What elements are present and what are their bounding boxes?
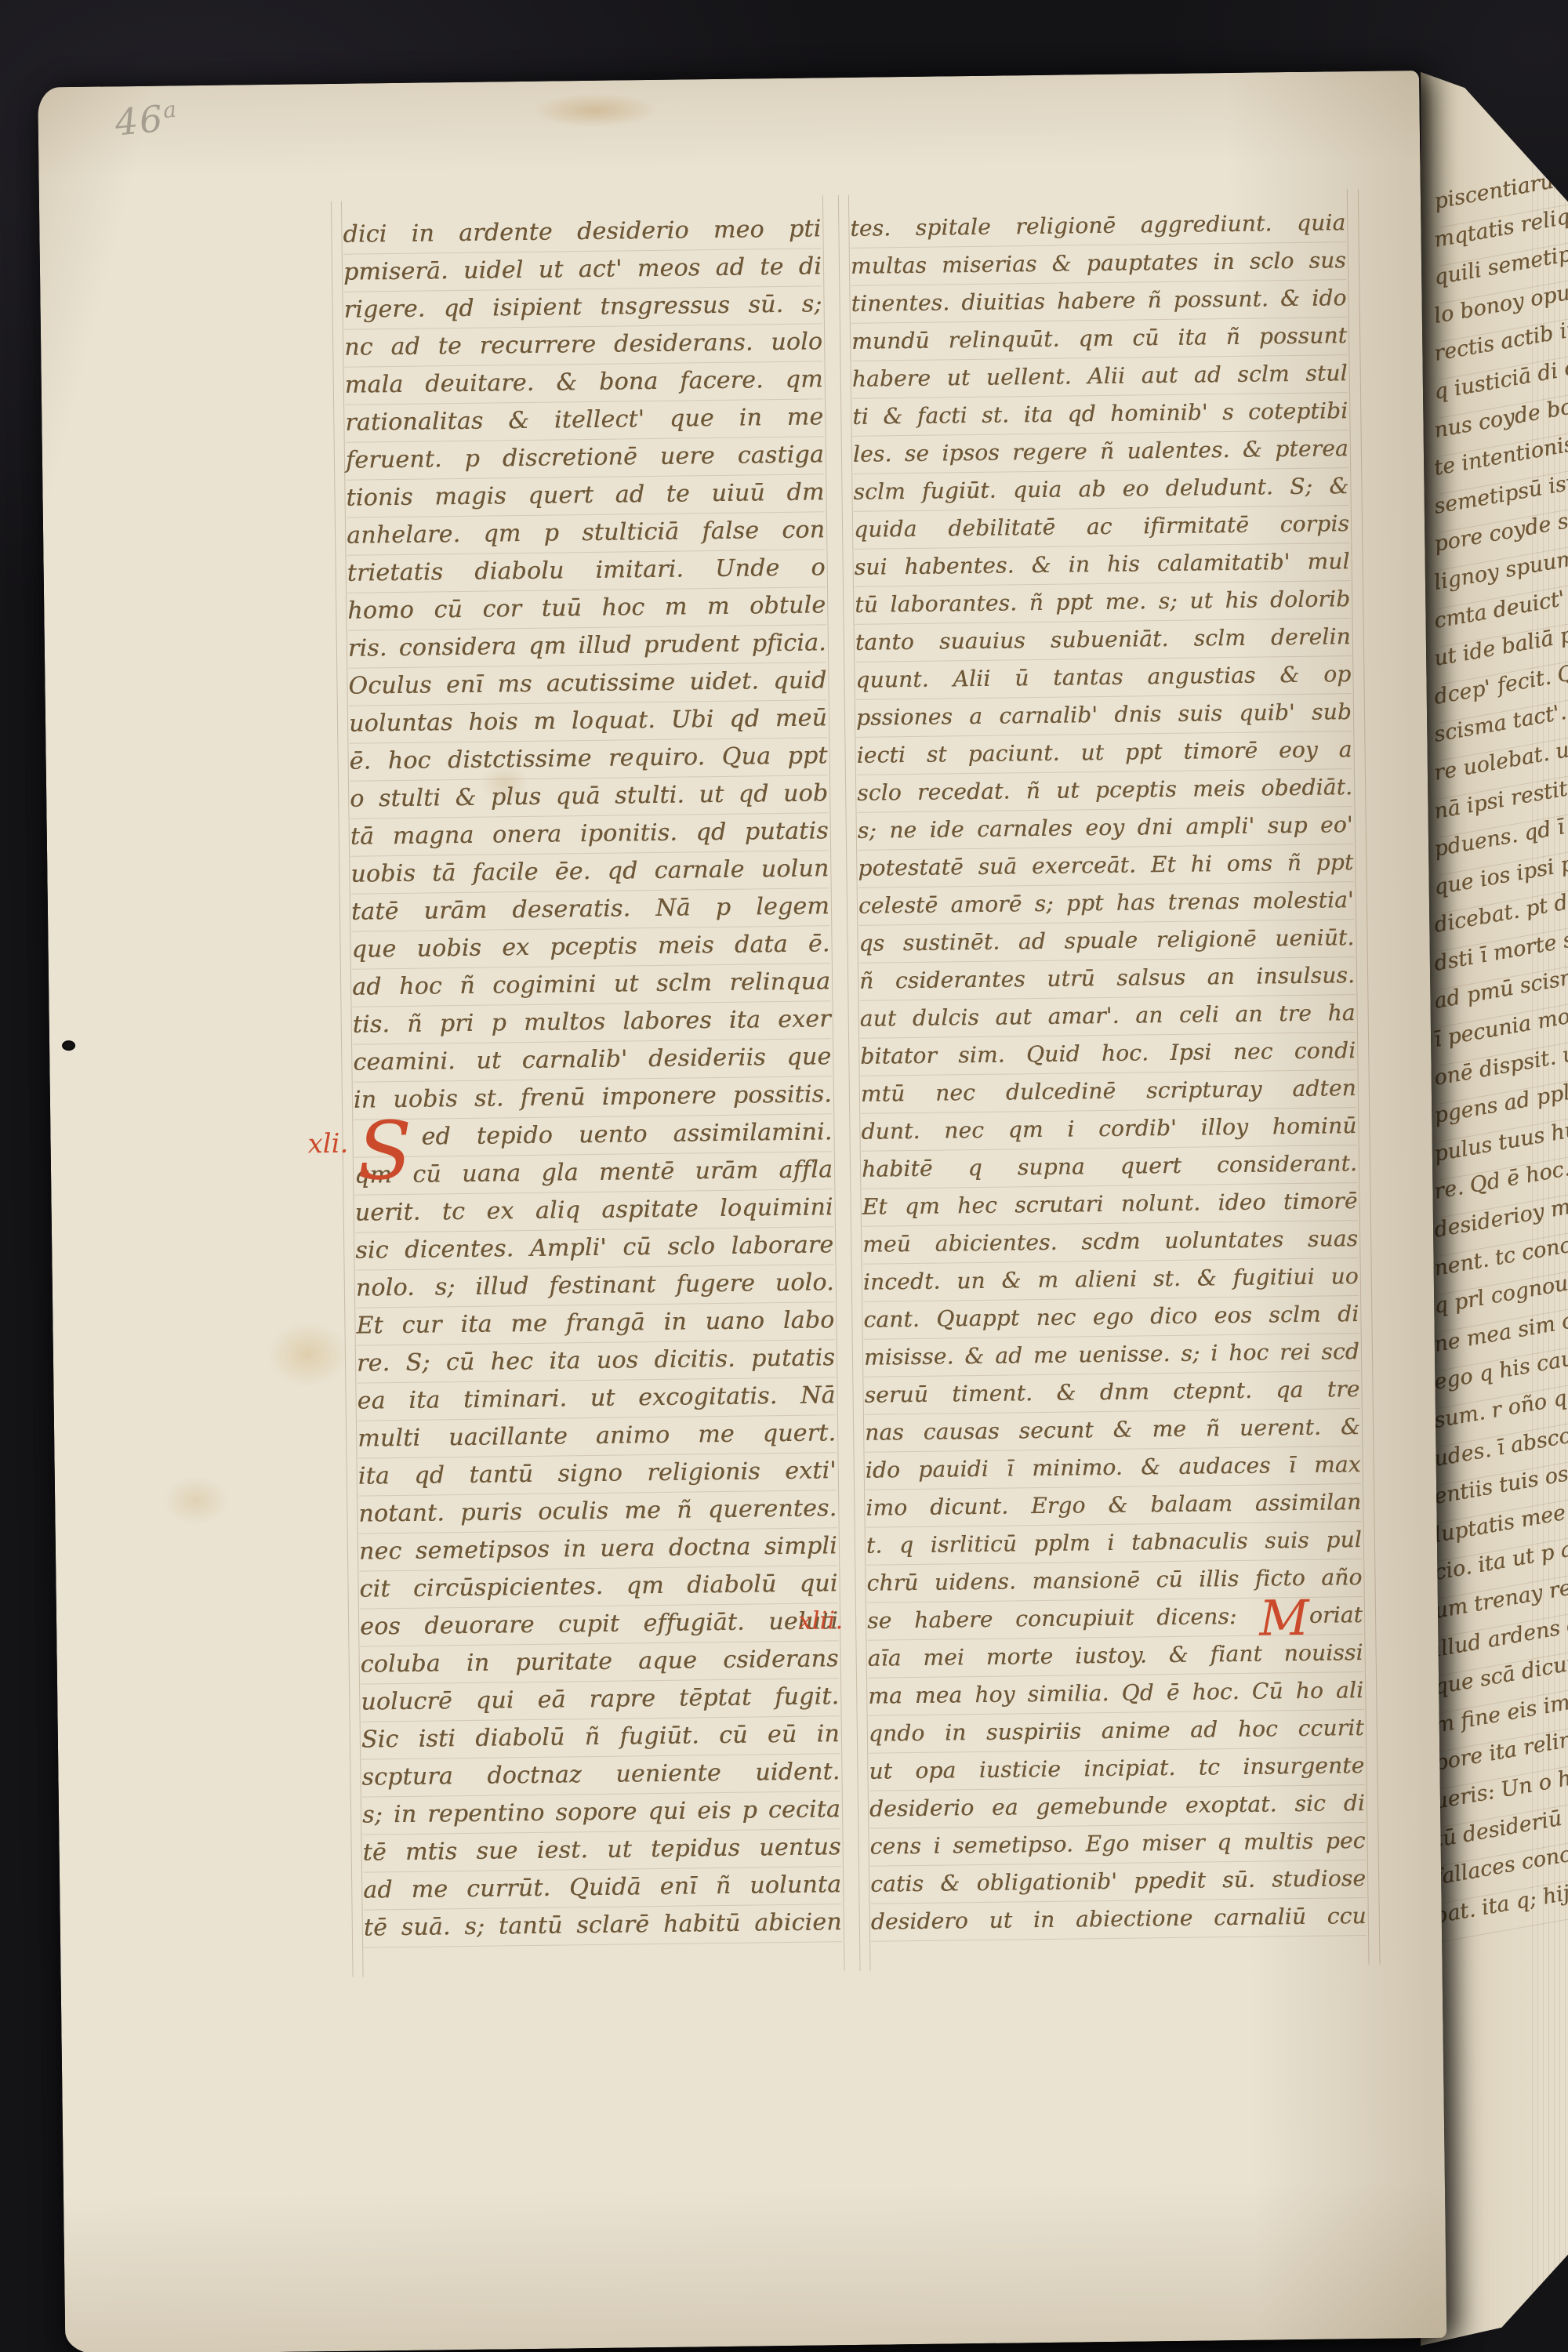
manuscript-photograph: piscentiarū animmqtatis reliquerquili se… <box>0 0 1568 2352</box>
manuscript-line: mundū relinquūt. qm cū ita ñ possunt <box>851 318 1348 361</box>
manuscript-line: nec semetipsos in uera doctna simpli <box>359 1528 838 1571</box>
manuscript-line: uobis tā facile ēe. qd carnale uolun <box>350 851 829 894</box>
manuscript-line: potestatē suā exerceāt. Et hi oms ñ ppt <box>858 844 1354 888</box>
manuscript-line: tatē urām deseratis. Nā p legem <box>351 888 830 931</box>
stain <box>149 1465 244 1536</box>
manuscript-line: feruent. p discretionē uere castiga <box>346 437 825 480</box>
manuscript-line: incedt. un & m alieni st. & fugitiui uo <box>863 1258 1359 1302</box>
manuscript-line: desiderio ea gemebunde exoptat. sic di <box>869 1785 1366 1829</box>
folio-number-suffix: a <box>162 96 179 124</box>
manuscript-line: t. q isrliticū pplm i tabnaculis suis pu… <box>866 1522 1363 1566</box>
manuscript-line: tā magna onera iponitis. qd putatis <box>350 813 829 856</box>
manuscript-line: aut dulcis aut amar'. an celi an tre ha <box>859 995 1356 1039</box>
manuscript-line: anhelare. qm p stulticiā false con <box>347 512 826 555</box>
manuscript-line: re. S; cū hec ita uos dicitis. putatis <box>357 1340 836 1383</box>
manuscript-line: nc ad te recurrere desiderans. uolo <box>344 324 823 367</box>
manuscript-line: trietatis diabolu imitari. Unde o <box>347 550 826 593</box>
manuscript-line: bitator sim. Quid hoc. Ipsi nec condi <box>860 1033 1356 1076</box>
manuscript-line: que uobis ex pceptis meis data ē. <box>351 926 830 969</box>
manuscript-line: ma mea hoy similia. Qd ē hoc. Cū ho ali <box>868 1672 1364 1716</box>
folio-number-value: 46 <box>113 97 166 144</box>
line-text: ed tepido uento assimilamini. <box>421 1118 832 1150</box>
manuscript-line: quida debilitatē ac ifirmitatē corpis <box>854 506 1350 550</box>
manuscript-line: sclo recedat. ñ ut pceptis meis obediāt. <box>857 769 1353 813</box>
manuscript-line: se habere concupiuit dicens: Moriat <box>867 1597 1363 1641</box>
folio-number: 46a <box>113 96 180 144</box>
manuscript-line: misisse. & ad me uenisse. s; i hoc rei s… <box>864 1334 1360 1377</box>
manuscript-line: homo cū cor tuū hoc m m obtule <box>347 587 826 630</box>
manuscript-line: sui habentes. & in his calamitatib' mul <box>854 543 1350 587</box>
manuscript-line: nolo. s; illud festinant fugere uolo. <box>356 1265 835 1308</box>
next-page-text-fragments: piscentiarū animmqtatis reliquerquili se… <box>1436 190 1568 1942</box>
manuscript-line: tū laborantes. ñ ppt me. s; ut his dolor… <box>855 581 1351 625</box>
next-page-edge: piscentiarū animmqtatis reliquerquili se… <box>1421 67 1568 2346</box>
manuscript-line: coluba in puritate aque csiderans <box>360 1641 839 1684</box>
manuscript-line: tionis magis quert ad te uiuū dm <box>346 474 825 517</box>
manuscript-line: uolucrē qui eā rapre tēptat fugit. <box>361 1679 840 1722</box>
manuscript-line: s; ne ide carnales eoy dni ampli' sup eo… <box>858 807 1354 851</box>
manuscript-line: tanto suauius subueniāt. sclm derelin <box>855 619 1352 662</box>
manuscript-line: tes. spitale religionē aggrediunt. quia <box>850 205 1346 249</box>
manuscript-line: tis. ñ pri p multos labores ita exer <box>352 1001 831 1044</box>
manuscript-line: Et qm hec scrutari nolunt. ideo timorē <box>862 1183 1358 1227</box>
manuscript-line: in uobis st. frenū imponere possitis. <box>354 1076 833 1120</box>
manuscript-line: dunt. nec qm i cordib' illoy hominū <box>861 1108 1357 1152</box>
manuscript-line: sclm fugiūt. quia ab eo deludunt. S; & <box>853 468 1349 512</box>
manuscript-line: rigere. qd isipient tnsgressus sū. s; <box>343 286 822 329</box>
manuscript-line: uoluntas hois m loquat. Ubi qd meū <box>349 700 828 743</box>
text-column-right: tes. spitale religionē aggrediunt. quiam… <box>850 205 1367 1961</box>
wormhole <box>62 1040 75 1051</box>
manuscript-line: scptura doctnaz ueniente uident. <box>361 1754 840 1797</box>
manuscript-line: aīa mei morte iustoy. & fiant nouissi <box>867 1635 1363 1679</box>
manuscript-line: cant. Quappt nec ego dico eos sclm di <box>863 1296 1359 1340</box>
manuscript-line: Sed tepido uento assimilamini. <box>354 1114 833 1157</box>
chapter-number-xli: xli. <box>307 1128 348 1160</box>
manuscript-line: multi uacillante animo me quert. <box>358 1415 837 1458</box>
manuscript-line: tē suā. s; tantū sclarē habitū abicien <box>364 1904 843 1947</box>
manuscript-line: dici in ardente desiderio meo pti <box>343 211 822 254</box>
manuscript-line: ita qd tantū signo religionis exti' <box>358 1453 837 1496</box>
manuscript-line: ñ csiderantes utrū salsus an insulsus. <box>859 957 1356 1001</box>
manuscript-line: ceamini. ut carnalib' desideriis que <box>353 1039 832 1082</box>
manuscript-line: qs sustinēt. ad spuale religionē ueniūt. <box>858 920 1355 964</box>
manuscript-line: meū abicientes. scdm uoluntates suas <box>862 1221 1359 1265</box>
manuscript-line: Et cur ita me frangā in uano labo <box>356 1302 835 1345</box>
manuscript-line: pmiserā. uidel ut act' meos ad te di <box>343 249 822 292</box>
manuscript-line: mtū nec dulcedinē scripturay adten <box>861 1070 1357 1114</box>
manuscript-line: notant. puris oculis me ñ querentes. <box>358 1490 837 1534</box>
manuscript-line: cit circūspicientes. qm diabolū qui <box>359 1566 838 1609</box>
manuscript-line: s; in repentino sopore qui eis p cecita <box>362 1791 841 1835</box>
manuscript-line: ē. hoc distctissime requiro. Qua ppt <box>349 738 828 781</box>
rubricated-initial: S <box>357 1112 412 1192</box>
stain <box>249 1307 367 1403</box>
manuscript-line: nas causas secunt & me ñ uerent. & <box>865 1409 1361 1453</box>
manuscript-line: o stulti & plus quā stulti. ut qd uob <box>350 775 829 818</box>
manuscript-line: cens i semetipso. Ego miser q multis pec <box>869 1823 1366 1867</box>
manuscript-line: mala deuitare. & bona facere. qm <box>345 361 824 405</box>
manuscript-page: 46a xli. xlii. dici in ardente desiderio… <box>38 71 1446 2352</box>
line-text: se habere concupiuit dicens: <box>867 1603 1260 1634</box>
stain <box>508 86 681 136</box>
manuscript-line: ti & facti st. ita qd hominib' s cotepti… <box>852 393 1348 437</box>
manuscript-line: ad hoc ñ cogimini ut sclm relinqua <box>352 964 831 1007</box>
manuscript-line: ea ita timinari. ut excogitatis. Nā <box>357 1377 836 1421</box>
manuscript-line: sic dicentes. Ampli' cū sclo laborare <box>355 1227 834 1270</box>
manuscript-line: Sic isti diabolū ñ fugiūt. cū eū in <box>361 1716 840 1759</box>
manuscript-line: uerit. tc ex aliq aspitate loquimini <box>354 1189 833 1232</box>
line-text: oriat <box>1309 1602 1363 1628</box>
manuscript-line: seruū timent. & dnm ctepnt. qa tre <box>864 1371 1360 1415</box>
manuscript-line: qm cū uana gla mentē urām affla <box>354 1152 833 1195</box>
manuscript-line: catis & obligationib' ppedit sū. studios… <box>870 1860 1367 1904</box>
text-column-left: dici in ardente desiderio meo ptipmiserā… <box>343 211 842 1966</box>
manuscript-line: eos deuorare cupit effugiāt. ueluti <box>360 1603 839 1646</box>
manuscript-line: habere ut uellent. Alii aut ad sclm stul <box>851 355 1348 399</box>
manuscript-line: ad me currūt. Quidā enī ñ uolunta <box>363 1867 842 1910</box>
manuscript-line: Oculus enī ms acutissime uidet. quid <box>348 662 827 706</box>
manuscript-line: iecti st paciunt. ut ppt timorē eoy a <box>856 731 1352 775</box>
manuscript-line: pssiones a carnalib' dnis suis quib' sub <box>856 694 1352 738</box>
manuscript-line: multas miserias & pauptates in sclo sus <box>851 242 1347 286</box>
manuscript-line: celestē amorē s; ppt has trenas molestia… <box>858 882 1355 926</box>
manuscript-line: ris. considera qm illud prudent pficia. <box>348 625 827 668</box>
manuscript-line: tinentes. diuitias habere ñ possunt. & i… <box>851 280 1347 324</box>
manuscript-line: habitē q supna quert considerant. <box>862 1145 1358 1189</box>
manuscript-line: les. se ipsos regere ñ ualentes. & ptere… <box>853 430 1349 474</box>
manuscript-line: tē mtis sue iest. ut tepidus uentus <box>362 1829 841 1872</box>
chapter-number-xlii: xlii. <box>798 1606 844 1635</box>
manuscript-line: quunt. Alii ū tantas angustias & op <box>855 656 1352 700</box>
manuscript-line: rationalitas & itellect' que in me <box>345 399 824 442</box>
manuscript-line: desidero ut in abiectione carnaliū ccu <box>871 1898 1367 1942</box>
manuscript-line: ut opa iusticie incipiat. tc insurgente <box>869 1748 1365 1791</box>
manuscript-line: ido pauidi ī minimo. & audaces ī max <box>865 1446 1361 1490</box>
manuscript-line: qndo in suspiriis anime ad hoc ccurit <box>869 1710 1365 1754</box>
manuscript-line: imo dicunt. Ergo & balaam assimilan <box>866 1484 1362 1528</box>
